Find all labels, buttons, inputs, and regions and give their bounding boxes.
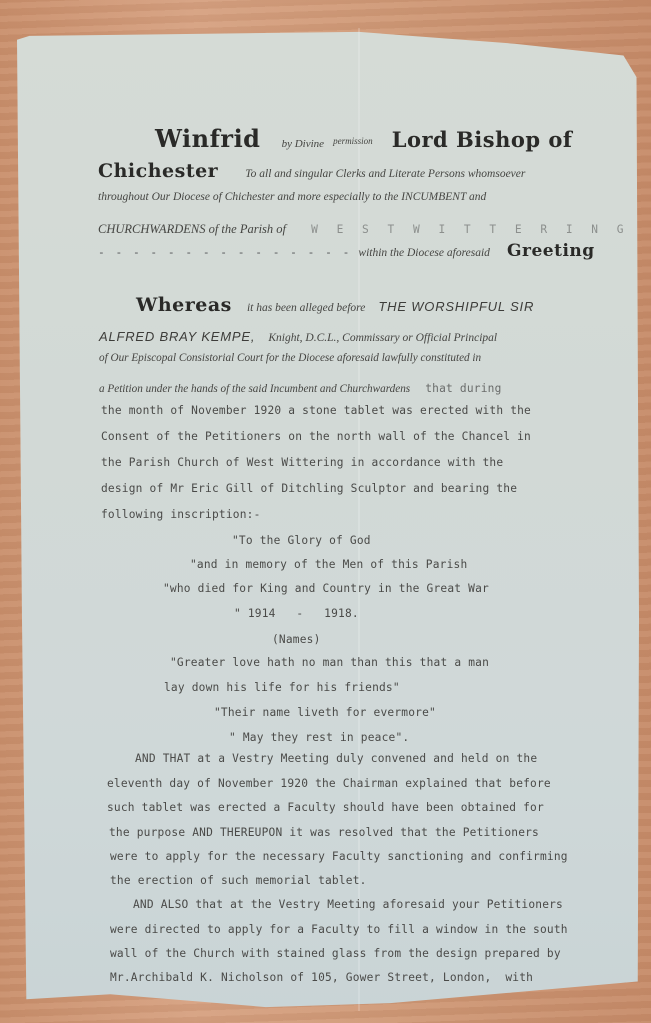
bishop-title: Lord Bishop of: [392, 127, 573, 152]
typed-p1-line: following inscription:-: [101, 508, 261, 521]
typed-p3-line: AND ALSO that at the Vestry Meeting afor…: [133, 898, 563, 911]
document-content: Winfrid by Divine permission Lord Bishop…: [0, 0, 651, 1023]
bishop-name: Winfrid: [155, 124, 260, 153]
recital-line-4: a Petition under the hands of the said I…: [99, 377, 502, 396]
recital-line-2: ALFRED BRAY KEMPE, Knight, D.C.L., Commi…: [99, 326, 497, 345]
inscription-line: lay down his life for his friends": [164, 681, 400, 694]
typed-p3-line: wall of the Church with stained glass fr…: [110, 947, 561, 960]
inscription-line: "who died for King and Country in the Gr…: [163, 582, 489, 595]
inscription-line: " May they rest in peace".: [229, 731, 409, 744]
typed-p2-line: the purpose AND THEREUPON it was resolve…: [109, 826, 539, 839]
typed-p3-line: Mr.Archibald K. Nicholson of 105, Gower …: [110, 971, 533, 984]
header-line-4: CHURCHWARDENS of the Parish of W E S T W…: [98, 218, 630, 237]
inscription-line: "and in memory of the Men of this Parish: [190, 558, 467, 571]
address-line-2: throughout Our Diocese of Chichester and…: [98, 191, 486, 203]
inscription-line: " 1914 - 1918.: [234, 607, 359, 620]
typed-p2-line: were to apply for the necessary Faculty …: [110, 850, 568, 863]
recital-typed-continuation: that during: [425, 382, 501, 395]
recital-text-3: of Our Episcopal Consistorial Court for …: [99, 352, 481, 364]
typed-p2-line: eleventh day of November 1920 the Chairm…: [107, 777, 551, 790]
typed-p2-line: such tablet was erected a Faculty should…: [107, 801, 544, 814]
commissary-name: ALFRED BRAY KEMPE,: [99, 329, 255, 344]
recital-text-1: it has been alleged before: [247, 302, 365, 314]
recital-text-4: a Petition under the hands of the said I…: [99, 383, 410, 395]
header-line-2: Chichester To all and singular Clerks an…: [98, 160, 525, 182]
address-line-1: To all and singular Clerks and Literate …: [245, 168, 525, 180]
typed-p3-line: were directed to apply for a Faculty to …: [110, 923, 568, 936]
greeting-word: Greeting: [507, 241, 595, 261]
by-divine-text: by Divine: [282, 138, 324, 150]
permission-text: permission: [333, 136, 373, 146]
typed-p1-line: the month of November 1920 a stone table…: [101, 404, 531, 417]
recital-text-2: Knight, D.C.L., Commissary or Official P…: [268, 332, 497, 344]
recital-line-1: Whereas it has been alleged before THE W…: [136, 294, 534, 316]
inscription-line: "Their name liveth for evermore": [214, 706, 436, 719]
parish-name-typed: W E S T W I T T E R I N G: [311, 223, 629, 236]
inscription-line: (Names): [272, 633, 321, 646]
typed-p1-line: the Parish Church of West Wittering in a…: [101, 456, 503, 469]
whereas-word: Whereas: [136, 294, 232, 316]
inscription-line: "Greater love hath no man than this that…: [170, 656, 489, 669]
inscription-line: "To the Glory of God: [232, 534, 371, 547]
typed-p2-line: the erection of such memorial tablet.: [110, 874, 367, 887]
typed-p2-line: AND THAT at a Vestry Meeting duly conven…: [135, 752, 537, 765]
typed-p1-line: design of Mr Eric Gill of Ditchling Scul…: [101, 482, 517, 495]
diocese-name: Chichester: [98, 160, 218, 182]
address-line-3: CHURCHWARDENS of the Parish of: [98, 222, 286, 236]
worshipful-sir: THE WORSHIPFUL SIR: [378, 299, 534, 314]
header-line-1: Winfrid by Divine permission Lord Bishop…: [155, 124, 572, 153]
header-line-5: - - - - - - - - - - - - - - - within the…: [98, 241, 595, 261]
typed-p1-line: Consent of the Petitioners on the north …: [101, 430, 531, 443]
within-diocese-text: within the Diocese aforesaid: [358, 247, 490, 259]
blank-dashes: - - - - - - - - - - - - - - -: [98, 246, 351, 259]
